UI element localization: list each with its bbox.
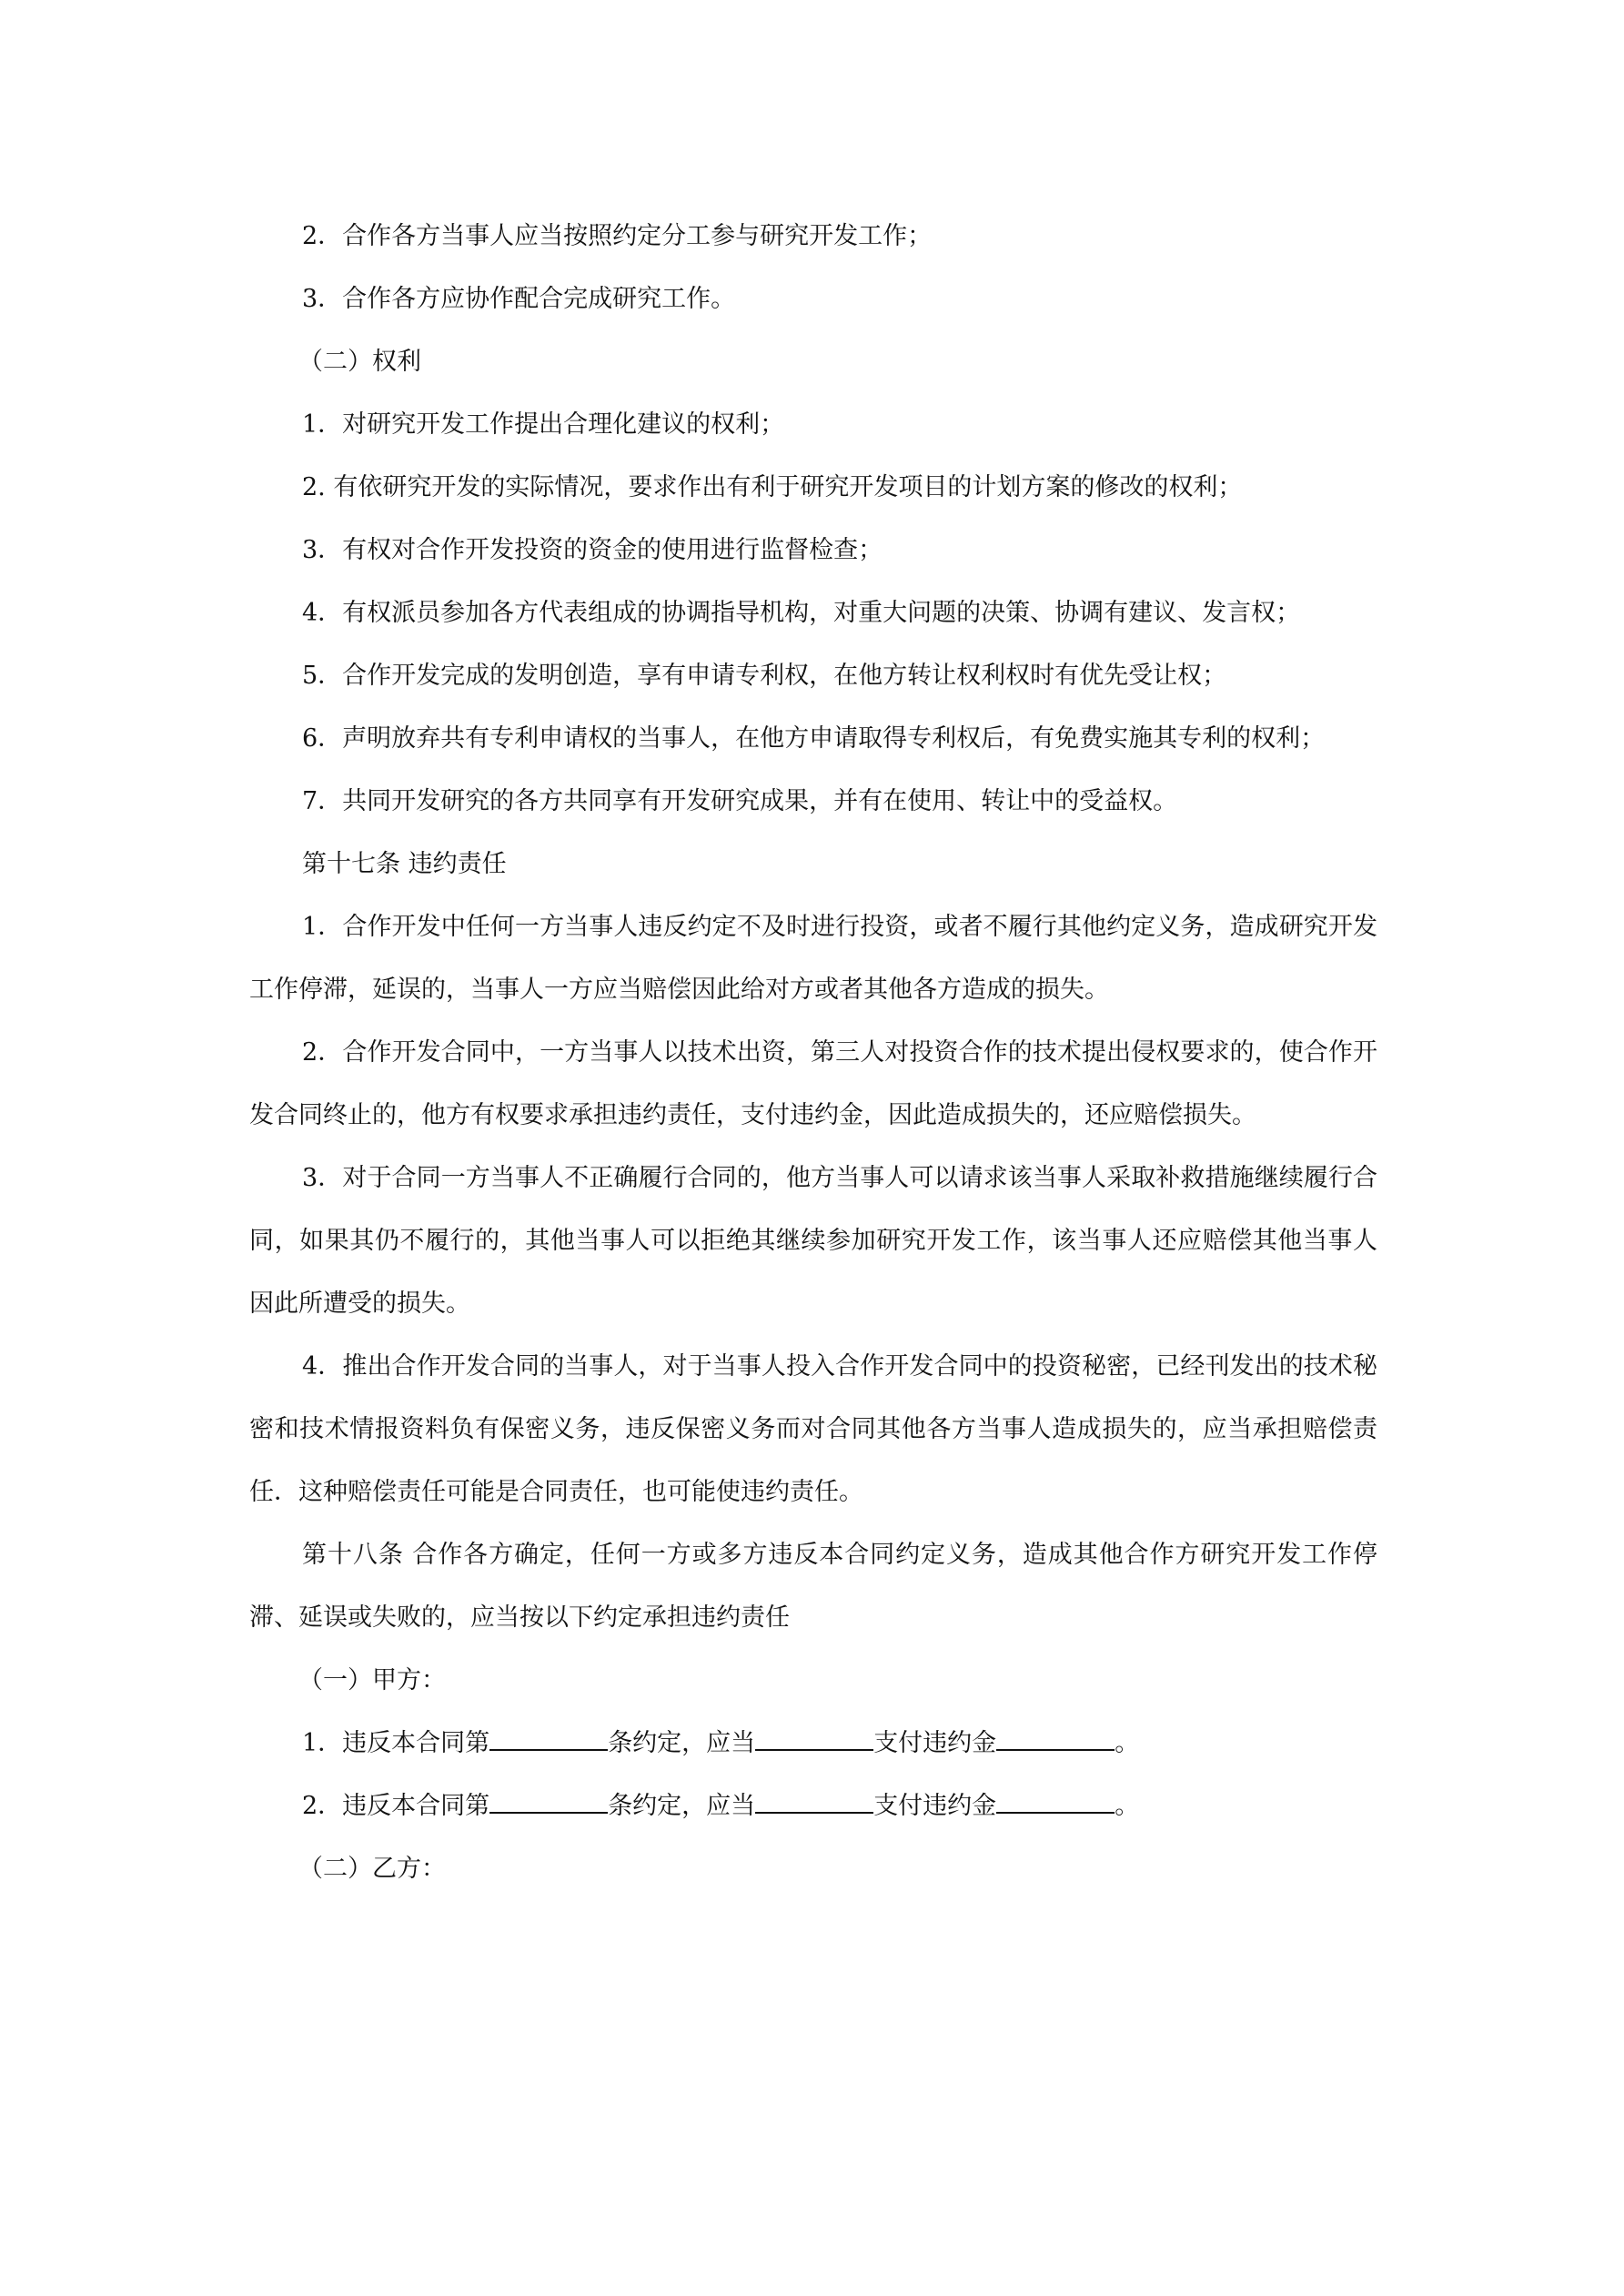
penalty-amount-blank[interactable] — [996, 1792, 1115, 1814]
article-18-text: 第十八条 合作各方确定，任何一方或多方违反本合同约定义务，造成其他合作方研究开发… — [249, 1523, 1377, 1649]
penalty-amount-blank[interactable] — [996, 1729, 1115, 1751]
penalty-clause-suffix: 。 — [1115, 1792, 1139, 1820]
payee-blank[interactable] — [755, 1729, 873, 1751]
article-17-heading: 第十七条 违约责任 — [249, 833, 1377, 895]
document-page: 2．合作各方当事人应当按照约定分工参与研究开发工作； 3．合作各方应协作配合完成… — [249, 205, 1377, 1900]
clause-item: 3．有权对合作开发投资的资金的使用进行监督检查； — [249, 519, 1377, 582]
clause-item: 4．推出合作开发合同的当事人，对于当事人投入合作开发合同中的投资秘密，已经刊发出… — [249, 1335, 1377, 1523]
clause-item: 2．合作各方当事人应当按照约定分工参与研究开发工作； — [249, 205, 1377, 268]
clause-item: 4．有权派员参加各方代表组成的协调指导机构，对重大问题的决策、协调有建议、发言权… — [249, 582, 1377, 644]
payee-blank[interactable] — [755, 1792, 873, 1814]
penalty-clause-prefix: 1．违反本合同第 — [302, 1729, 489, 1757]
clause-item: 6．声明放弃共有专利申请权的当事人，在他方申请取得专利权后，有免费实施其专利的权… — [249, 707, 1377, 770]
penalty-clause-suffix: 。 — [1115, 1729, 1139, 1757]
penalty-clause-mid: 支付违约金 — [873, 1792, 996, 1820]
clause-item: 3．对于合同一方当事人不正确履行合同的，他方当事人可以请求该当事人采取补救措施继… — [249, 1147, 1377, 1335]
article-number-blank[interactable] — [489, 1792, 608, 1814]
clause-item: 3．合作各方应协作配合完成研究工作。 — [249, 268, 1377, 330]
clause-item: 7．共同开发研究的各方共同享有开发研究成果，并有在使用、转让中的受益权。 — [249, 770, 1377, 833]
penalty-clause-mid: 支付违约金 — [873, 1729, 996, 1757]
clause-item: 2．合作开发合同中，一方当事人以技术出资，第三人对投资合作的技术提出侵权要求的，… — [249, 1021, 1377, 1147]
penalty-clause-mid: 条约定，应当 — [608, 1729, 755, 1757]
penalty-clause-row: 1．违反本合同第条约定，应当支付违约金。 — [249, 1712, 1377, 1775]
clause-item: 1．合作开发中任何一方当事人违反约定不及时进行投资，或者不履行其他约定义务，造成… — [249, 895, 1377, 1021]
clause-item: 5．合作开发完成的发明创造，享有申请专利权，在他方转让权利权时有优先受让权； — [249, 644, 1377, 707]
penalty-clause-mid: 条约定，应当 — [608, 1792, 755, 1820]
clause-item: 1．对研究开发工作提出合理化建议的权利； — [249, 393, 1377, 456]
clause-item: 2. 有依研究开发的实际情况，要求作出有利于研究开发项目的计划方案的修改的权利； — [249, 456, 1377, 519]
penalty-clause-prefix: 2．违反本合同第 — [302, 1792, 489, 1820]
party-a-heading: （一）甲方： — [249, 1649, 1377, 1712]
article-number-blank[interactable] — [489, 1729, 608, 1751]
section-heading-rights: （二）权利 — [249, 330, 1377, 393]
penalty-clause-row: 2．违反本合同第条约定，应当支付违约金。 — [249, 1775, 1377, 1837]
party-b-heading: （二）乙方： — [249, 1837, 1377, 1900]
